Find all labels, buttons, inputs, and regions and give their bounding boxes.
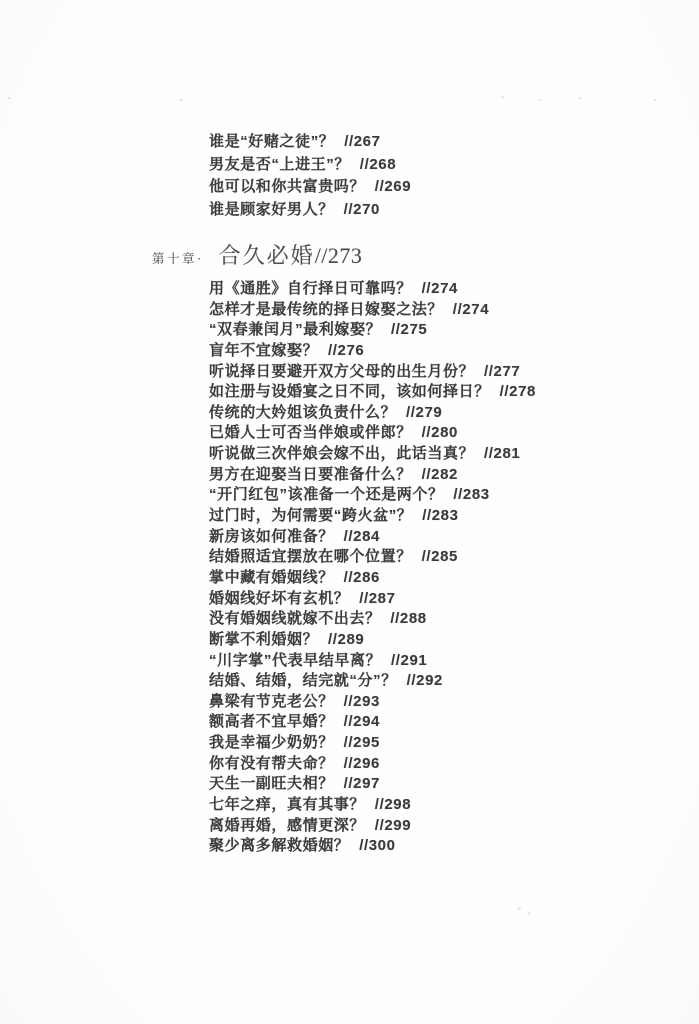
scan-artifact bbox=[501, 96, 504, 98]
toc-entry: 你有没有帮夫命？ //296 bbox=[209, 754, 536, 775]
toc-entry-page-ref: //270 bbox=[344, 201, 380, 218]
toc-entry-title: 聚少离多解救婚姻？ bbox=[209, 837, 349, 854]
toc-entry-page-ref: //292 bbox=[407, 672, 443, 689]
toc-entry-page-ref: //275 bbox=[391, 321, 427, 338]
toc-entry: 如注册与设婚宴之日不同，该如何择日？ //278 bbox=[209, 382, 536, 403]
toc-entry-page-ref: //287 bbox=[359, 590, 395, 607]
toc-entry-page-ref: //267 bbox=[344, 133, 380, 150]
toc-entry-page-ref: //299 bbox=[375, 817, 411, 834]
scan-artifact bbox=[579, 97, 582, 99]
scan-artifact bbox=[528, 912, 531, 915]
toc-entry-title: 已婚人士可否当伴娘或伴郎？ bbox=[209, 424, 412, 441]
toc-entry: 没有婚姻线就嫁不出去？ //288 bbox=[209, 609, 536, 630]
toc-entry-page-ref: //294 bbox=[344, 713, 380, 730]
toc-entry: 天生一副旺夫相？ //297 bbox=[209, 774, 536, 795]
scan-artifact bbox=[653, 99, 656, 101]
toc-entry-title: 额高者不宜早婚？ bbox=[209, 713, 334, 730]
toc-entry-title: “开门红包”该准备一个还是两个？ bbox=[209, 486, 444, 503]
toc-entry: 过门时，为何需要“跨火盆”？ //283 bbox=[209, 506, 536, 527]
toc-entry: 断掌不利婚姻？ //289 bbox=[209, 630, 536, 651]
toc-entry-page-ref: //277 bbox=[484, 363, 520, 380]
toc-entry: 传统的大妗姐该负责什么？ //279 bbox=[209, 403, 536, 424]
toc-entry-title: 听说做三次伴娘会嫁不出，此话当真？ bbox=[209, 445, 474, 462]
toc-entry-title: 新房该如何准备？ bbox=[209, 528, 334, 545]
toc-entry: 离婚再婚，感情更深？ //299 bbox=[209, 816, 536, 837]
toc-entry-page-ref: //295 bbox=[344, 734, 380, 751]
toc-entry-title: 没有婚姻线就嫁不出去？ bbox=[209, 610, 381, 627]
toc-entry: 他可以和你共富贵吗？ //269 bbox=[209, 176, 411, 199]
toc-entry-page-ref: //297 bbox=[344, 775, 380, 792]
toc-entry-title: 婚姻线好坏有玄机？ bbox=[209, 590, 349, 607]
toc-entry-page-ref: //268 bbox=[360, 156, 396, 173]
toc-entry: 结婚、结婚，结完就“分”？ //292 bbox=[209, 671, 536, 692]
toc-entry-title: 天生一副旺夫相？ bbox=[209, 775, 334, 792]
toc-entry: 听说做三次伴娘会嫁不出，此话当真？ //281 bbox=[209, 444, 536, 465]
toc-chapter-list: 用《通胜》自行择日可靠吗？ //274 怎样才是最传统的择日嫁娶之法？ //27… bbox=[209, 279, 536, 857]
toc-entry-title: 过门时，为何需要“跨火盆”？ bbox=[209, 507, 412, 524]
toc-entry: “双春兼闰月”最利嫁娶？ //275 bbox=[209, 320, 536, 341]
toc-entry-title: 你有没有帮夫命？ bbox=[209, 755, 334, 772]
toc-entry-title: 听说择日要避开双方父母的出生月份？ bbox=[209, 363, 474, 380]
toc-entry-page-ref: //296 bbox=[344, 755, 380, 772]
toc-entry-page-ref: //274 bbox=[453, 301, 489, 318]
toc-entry-title: 结婚、结婚，结完就“分”？ bbox=[209, 672, 397, 689]
toc-entry-title: 传统的大妗姐该负责什么？ bbox=[209, 404, 396, 421]
toc-entry: 谁是“好赌之徒”？ //267 bbox=[209, 131, 411, 154]
toc-entry-title: 七年之痒，真有其事？ bbox=[209, 796, 365, 813]
toc-entry-title: 用《通胜》自行择日可靠吗？ bbox=[209, 280, 412, 297]
toc-entry-title: 如注册与设婚宴之日不同，该如何择日？ bbox=[209, 383, 490, 400]
toc-entry: 鼻梁有节克老公？ //293 bbox=[209, 692, 536, 713]
toc-entry-page-ref: //274 bbox=[422, 280, 458, 297]
toc-entry-page-ref: //291 bbox=[391, 652, 427, 669]
toc-entry-page-ref: //289 bbox=[328, 631, 364, 648]
toc-entry-title: 离婚再婚，感情更深？ bbox=[209, 817, 365, 834]
toc-entry: 怎样才是最传统的择日嫁娶之法？ //274 bbox=[209, 300, 536, 321]
toc-entry-title: 谁是顾家好男人？ bbox=[209, 201, 334, 218]
chapter-title: 合久必婚//273 bbox=[219, 239, 363, 270]
toc-entry: 我是幸福少奶奶？ //295 bbox=[209, 733, 536, 754]
toc-entry-page-ref: //288 bbox=[390, 610, 426, 627]
toc-entry-page-ref: //285 bbox=[422, 548, 458, 565]
toc-entry: 掌中藏有婚姻线？ //286 bbox=[209, 568, 536, 589]
toc-entry: 听说择日要避开双方父母的出生月份？ //277 bbox=[209, 362, 536, 383]
toc-entry-title: 掌中藏有婚姻线？ bbox=[209, 569, 334, 586]
chapter-heading: 第十章· 合久必婚//273 bbox=[152, 239, 362, 270]
chapter-page-ref: //273 bbox=[315, 243, 363, 268]
toc-entry: 男方在迎娶当日要准备什么？ //282 bbox=[209, 465, 536, 486]
toc-entry-page-ref: //281 bbox=[484, 445, 520, 462]
toc-entry-title: 他可以和你共富贵吗？ bbox=[209, 178, 365, 195]
toc-entry-page-ref: //280 bbox=[422, 424, 458, 441]
toc-entry-page-ref: //284 bbox=[344, 528, 380, 545]
toc-entry-title: 谁是“好赌之徒”？ bbox=[209, 133, 334, 150]
book-toc-page: 谁是“好赌之徒”？ //267 男友是否“上进王”？ //268 他可以和你共富… bbox=[0, 0, 699, 1024]
toc-entry: 盲年不宜嫁娶？ //276 bbox=[209, 341, 536, 362]
toc-entry-page-ref: //300 bbox=[359, 837, 395, 854]
toc-entry-page-ref: //279 bbox=[406, 404, 442, 421]
scan-artifact bbox=[539, 99, 542, 101]
chapter-number-label: 第十章· bbox=[152, 249, 204, 267]
toc-entry: “川字掌”代表早结早离？ //291 bbox=[209, 651, 536, 672]
toc-entry-page-ref: //293 bbox=[344, 693, 380, 710]
toc-entry-page-ref: //283 bbox=[422, 507, 458, 524]
chapter-title-text: 合久必婚 bbox=[219, 243, 315, 268]
toc-entry: 谁是顾家好男人？ //270 bbox=[209, 199, 411, 222]
toc-entry-title: “川字掌”代表早结早离？ bbox=[209, 652, 381, 669]
scan-artifact bbox=[179, 99, 183, 101]
scan-artifact bbox=[8, 97, 11, 99]
toc-entry-title: 结婚照适宜摆放在哪个位置？ bbox=[209, 548, 412, 565]
toc-entry: 额高者不宜早婚？ //294 bbox=[209, 712, 536, 733]
toc-entry: 七年之痒，真有其事？ //298 bbox=[209, 795, 536, 816]
toc-entry-page-ref: //283 bbox=[453, 486, 489, 503]
toc-entry: 男友是否“上进王”？ //268 bbox=[209, 154, 411, 177]
toc-entry: 结婚照适宜摆放在哪个位置？ //285 bbox=[209, 547, 536, 568]
toc-entry-title: 男友是否“上进王”？ bbox=[209, 156, 350, 173]
toc-entry-title: “双春兼闰月”最利嫁娶？ bbox=[209, 321, 381, 338]
toc-entry-title: 我是幸福少奶奶？ bbox=[209, 734, 334, 751]
toc-entry: 用《通胜》自行择日可靠吗？ //274 bbox=[209, 279, 536, 300]
scan-artifact bbox=[517, 907, 521, 910]
toc-entry-page-ref: //276 bbox=[328, 342, 364, 359]
toc-entry: 聚少离多解救婚姻？ //300 bbox=[209, 836, 536, 857]
toc-entry: 新房该如何准备？ //284 bbox=[209, 527, 536, 548]
toc-entry-title: 盲年不宜嫁娶？ bbox=[209, 342, 318, 359]
toc-entry: 已婚人士可否当伴娘或伴郎？ //280 bbox=[209, 423, 536, 444]
toc-entry-page-ref: //278 bbox=[500, 383, 536, 400]
toc-intro-list: 谁是“好赌之徒”？ //267 男友是否“上进王”？ //268 他可以和你共富… bbox=[209, 131, 411, 221]
toc-entry: 婚姻线好坏有玄机？ //287 bbox=[209, 589, 536, 610]
toc-entry-page-ref: //298 bbox=[375, 796, 411, 813]
toc-entry-page-ref: //269 bbox=[375, 178, 411, 195]
toc-entry-page-ref: //282 bbox=[422, 466, 458, 483]
toc-entry-page-ref: //286 bbox=[344, 569, 380, 586]
toc-entry-title: 鼻梁有节克老公？ bbox=[209, 693, 334, 710]
toc-entry-title: 断掌不利婚姻？ bbox=[209, 631, 318, 648]
toc-entry: “开门红包”该准备一个还是两个？ //283 bbox=[209, 485, 536, 506]
toc-entry-title: 男方在迎娶当日要准备什么？ bbox=[209, 466, 412, 483]
toc-entry-title: 怎样才是最传统的择日嫁娶之法？ bbox=[209, 301, 443, 318]
